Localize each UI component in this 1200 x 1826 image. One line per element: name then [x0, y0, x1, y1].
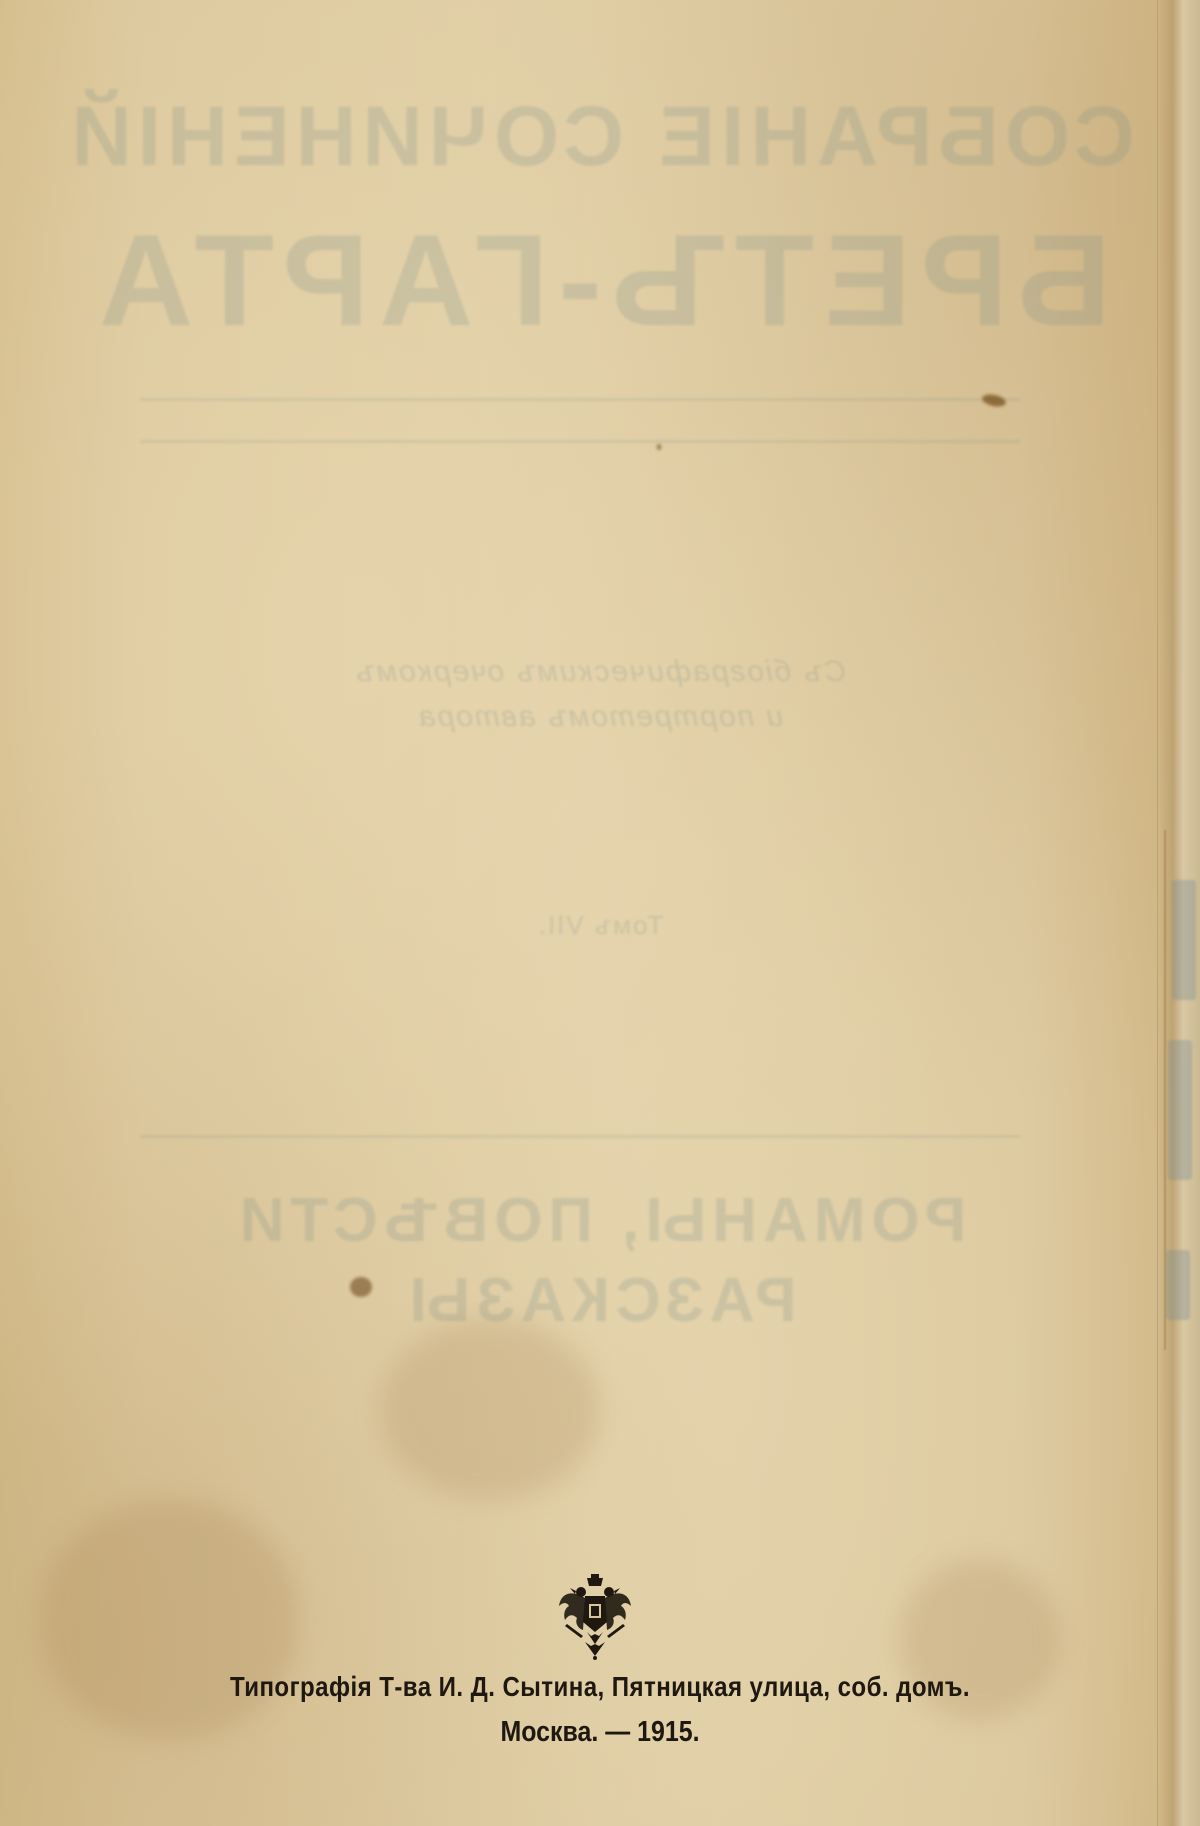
- bleed-through-subtitle-2: и портретомъ автора: [0, 700, 1200, 734]
- bleed-through-genre-1: РОМАНЫ, ПОВѢСТИ: [0, 1185, 1200, 1256]
- printer-imprint: Типографія Т-ва И. Д. Сытина, Пятницкая …: [84, 1671, 1116, 1703]
- foxing-stain: [380, 1320, 600, 1500]
- tape-residue: [1172, 880, 1196, 1000]
- tape-residue: [1166, 1250, 1190, 1320]
- bleed-through-volume: Томъ VII.: [0, 910, 1200, 941]
- bleed-through-genre-2: РАЗСКАЗЫ: [0, 1265, 1200, 1336]
- bleed-through-rule: [140, 1135, 1020, 1138]
- bleed-through-rule: [140, 440, 1020, 443]
- bleed-through-subtitle-1: Съ біографическимъ очеркомъ: [0, 655, 1200, 689]
- bleed-through-series-title: СОБРАНІЕ СОЧИНЕНІЙ: [0, 88, 1200, 185]
- ink-speck: [657, 444, 661, 450]
- ink-spot: [350, 1277, 372, 1297]
- bleed-through-author: БРЕТЪ-ГАРТА: [0, 205, 1200, 355]
- bleed-through-rule: [140, 398, 1020, 401]
- double-headed-eagle-icon: [555, 1572, 635, 1660]
- ink-spot: [981, 393, 1007, 409]
- book-page: СОБРАНІЕ СОЧИНЕНІЙ БРЕТЪ-ГАРТА Съ біогра…: [0, 0, 1200, 1826]
- foxing-stain: [40, 1500, 300, 1740]
- city-year: Москва. — 1915.: [84, 1716, 1116, 1749]
- tape-residue: [1168, 1040, 1192, 1180]
